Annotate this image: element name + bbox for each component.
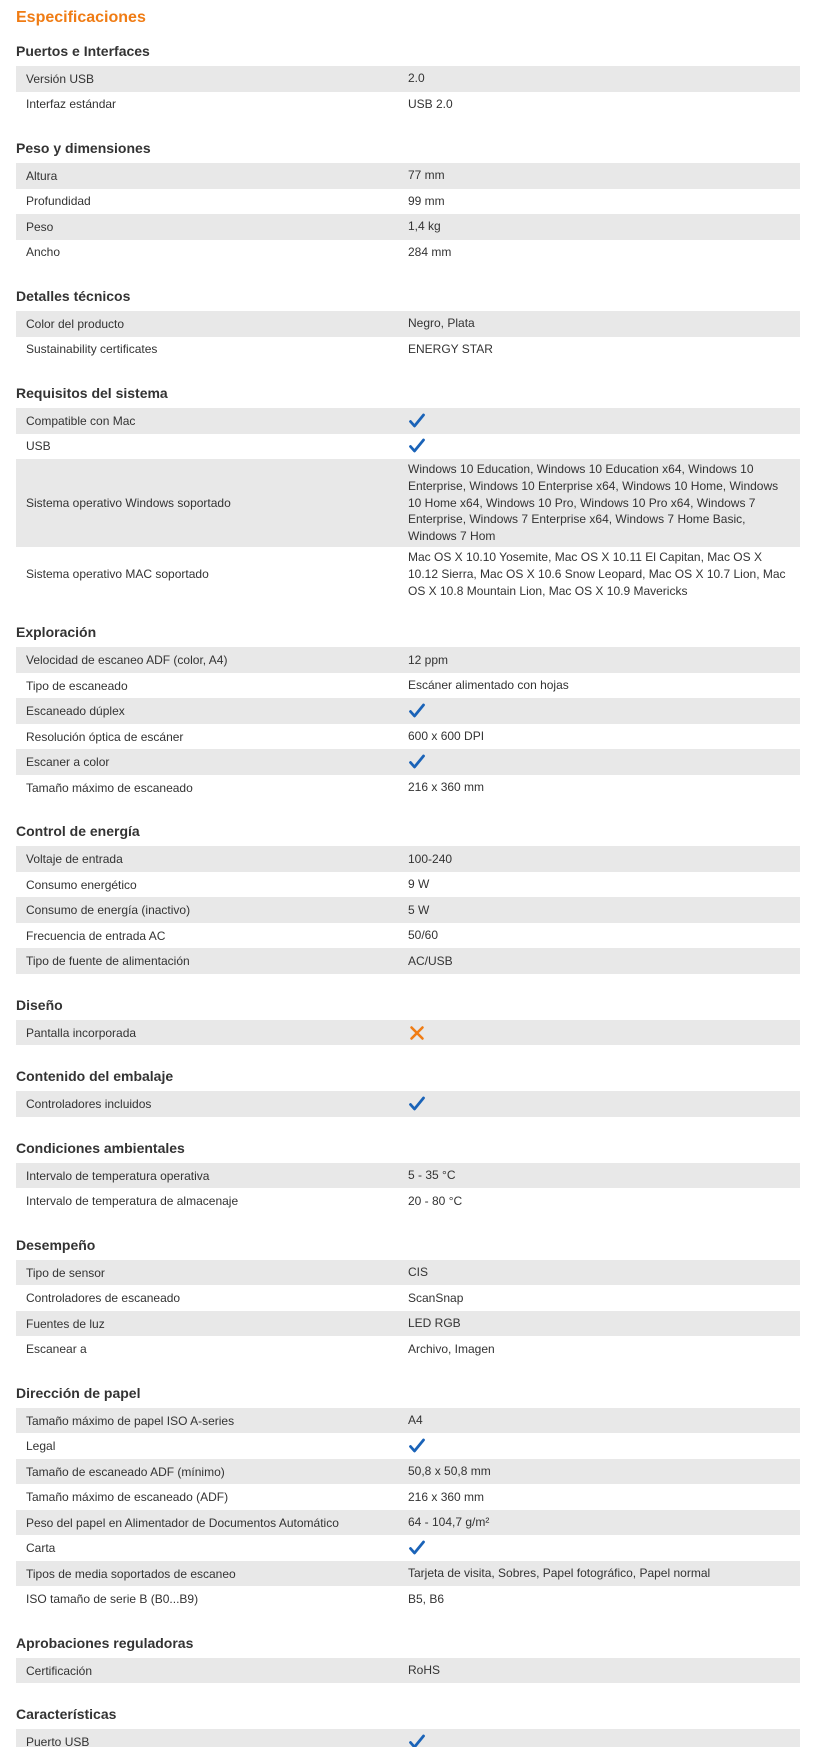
spec-value: 5 W [398,900,800,921]
spec-label: Consumo de energía (inactivo) [16,903,398,917]
spec-label: Sistema operativo Windows soportado [16,496,398,510]
spec-value: LED RGB [398,1313,800,1334]
spec-value: ScanSnap [398,1288,800,1309]
spec-label: Profundidad [16,194,398,208]
spec-value: Tarjeta de visita, Sobres, Papel fotográ… [398,1563,800,1584]
spec-label: Intervalo de temperatura de almacenaje [16,1194,398,1208]
spec-value-icon [398,1435,800,1457]
spec-value-icon [398,1093,800,1115]
spec-value: 9 W [398,874,800,895]
section-heading: Condiciones ambientales [16,1117,800,1163]
spec-label: Fuentes de luz [16,1317,398,1331]
spec-section-puertos-e-interfaces: Puertos e Interfaces Versión USB 2.0 Int… [16,28,800,117]
spec-sections: Puertos e Interfaces Versión USB 2.0 Int… [16,28,800,1747]
spec-label: Carta [16,1541,398,1555]
spec-label: Tamaño máximo de escaneado (ADF) [16,1490,398,1504]
spec-value: 2.0 [398,68,800,89]
spec-label: Ancho [16,245,398,259]
spec-section-diseno: Diseño Pantalla incorporada [16,974,800,1046]
spec-row: Resolución óptica de escáner 600 x 600 D… [16,724,800,750]
spec-value: 216 x 360 mm [398,777,800,798]
spec-label: Peso del papel en Alimentador de Documen… [16,1516,398,1530]
spec-section-detalles-tecnicos: Detalles técnicos Color del producto Neg… [16,265,800,362]
spec-value: Negro, Plata [398,313,800,334]
spec-label: Tipo de fuente de alimentación [16,954,398,968]
spec-value: A4 [398,1410,800,1431]
spec-row: Escanear a Archivo, Imagen [16,1336,800,1362]
spec-label: Velocidad de escaneo ADF (color, A4) [16,653,398,667]
section-heading: Puertos e Interfaces [16,28,800,66]
spec-row: Controladores de escaneado ScanSnap [16,1285,800,1311]
spec-value: RoHS [398,1660,800,1681]
section-heading: Peso y dimensiones [16,117,800,163]
check-icon [408,1437,426,1455]
section-heading: Dirección de papel [16,1362,800,1408]
section-heading: Requisitos del sistema [16,362,800,408]
spec-label: Escanear a [16,1342,398,1356]
spec-label: Tamaño de escaneado ADF (mínimo) [16,1465,398,1479]
spec-label: Puerto USB [16,1735,398,1747]
spec-table: Color del producto Negro, Plata Sustaina… [16,311,800,362]
spec-label: Controladores de escaneado [16,1291,398,1305]
cross-icon [408,1024,426,1042]
spec-value: 100-240 [398,849,800,870]
spec-table: Altura 77 mm Profundidad 99 mm Peso 1,4 … [16,163,800,265]
check-icon [408,1095,426,1113]
spec-row: Tamaño máximo de papel ISO A-series A4 [16,1408,800,1434]
spec-section-contenido-del-embalaje: Contenido del embalaje Controladores inc… [16,1045,800,1117]
check-icon [408,412,426,430]
spec-row: Versión USB 2.0 [16,66,800,92]
section-heading: Diseño [16,974,800,1020]
spec-label: Frecuencia de entrada AC [16,929,398,943]
spec-section-exploracion: Exploración Velocidad de escaneo ADF (co… [16,601,800,800]
spec-row: Tipos de media soportados de escaneo Tar… [16,1561,800,1587]
spec-label: Color del producto [16,317,398,331]
check-icon [408,702,426,720]
spec-row: Intervalo de temperatura operativa 5 - 3… [16,1163,800,1189]
spec-row: Frecuencia de entrada AC 50/60 [16,923,800,949]
spec-row: Voltaje de entrada 100-240 [16,846,800,872]
spec-value: Escáner alimentado con hojas [398,675,800,696]
spec-label: Legal [16,1439,398,1453]
spec-value-icon [398,700,800,722]
spec-value: Mac OS X 10.10 Yosemite, Mac OS X 10.11 … [398,547,800,601]
spec-value: 284 mm [398,242,800,263]
spec-value: 20 - 80 °C [398,1191,800,1212]
spec-value: 50,8 x 50,8 mm [398,1461,800,1482]
spec-table: Velocidad de escaneo ADF (color, A4) 12 … [16,647,800,800]
spec-label: Compatible con Mac [16,414,398,428]
spec-value: B5, B6 [398,1589,800,1610]
spec-row: Sistema operativo Windows soportado Wind… [16,459,800,547]
spec-label: Escaner a color [16,755,398,769]
spec-label: Tipos de media soportados de escaneo [16,1567,398,1581]
spec-row: Peso 1,4 kg [16,214,800,240]
spec-table: Puerto USB [16,1729,800,1747]
spec-label: Tipo de sensor [16,1266,398,1280]
spec-value-icon [398,435,800,457]
spec-section-requisitos-del-sistema: Requisitos del sistema Compatible con Ma… [16,362,800,601]
spec-value: 216 x 360 mm [398,1487,800,1508]
spec-label: Escaneado dúplex [16,704,398,718]
spec-row: USB [16,434,800,460]
spec-row: ISO tamaño de serie B (B0...B9) B5, B6 [16,1586,800,1612]
spec-label: Voltaje de entrada [16,852,398,866]
section-heading: Detalles técnicos [16,265,800,311]
section-heading: Aprobaciones reguladoras [16,1612,800,1658]
spec-label: Peso [16,220,398,234]
check-icon [408,1733,426,1747]
spec-label: Resolución óptica de escáner [16,730,398,744]
spec-label: Pantalla incorporada [16,1026,398,1040]
spec-row: Intervalo de temperatura de almacenaje 2… [16,1188,800,1214]
spec-label: Versión USB [16,72,398,86]
spec-row: Velocidad de escaneo ADF (color, A4) 12 … [16,647,800,673]
spec-section-direccion-de-papel: Dirección de papel Tamaño máximo de pape… [16,1362,800,1612]
spec-row: Consumo de energía (inactivo) 5 W [16,897,800,923]
spec-value: 77 mm [398,165,800,186]
spec-row: Tamaño máximo de escaneado (ADF) 216 x 3… [16,1484,800,1510]
spec-value: Windows 10 Education, Windows 10 Educati… [398,459,800,547]
spec-label: Tamaño máximo de papel ISO A-series [16,1414,398,1428]
spec-label: Sustainability certificates [16,342,398,356]
spec-value: 64 - 104,7 g/m² [398,1512,800,1533]
spec-value: 50/60 [398,925,800,946]
spec-value: 99 mm [398,191,800,212]
section-heading: Control de energía [16,800,800,846]
spec-row: Escaneado dúplex [16,698,800,724]
spec-row: Consumo energético 9 W [16,872,800,898]
spec-label: Certificación [16,1664,398,1678]
spec-label: USB [16,439,398,453]
spec-section-caracteristicas: Características Puerto USB [16,1683,800,1747]
spec-section-aprobaciones-reguladoras: Aprobaciones reguladoras Certificación R… [16,1612,800,1684]
spec-value: USB 2.0 [398,94,800,115]
spec-label: Intervalo de temperatura operativa [16,1169,398,1183]
spec-label: Altura [16,169,398,183]
spec-table: Pantalla incorporada [16,1020,800,1046]
spec-table: Intervalo de temperatura operativa 5 - 3… [16,1163,800,1214]
check-icon [408,753,426,771]
spec-row: Tipo de fuente de alimentación AC/USB [16,948,800,974]
spec-table: Tipo de sensor CIS Controladores de esca… [16,1260,800,1362]
page-title: Especificaciones [16,0,800,28]
spec-row: Fuentes de luz LED RGB [16,1311,800,1337]
check-icon [408,1539,426,1557]
spec-row: Legal [16,1433,800,1459]
spec-label: Tamaño máximo de escaneado [16,781,398,795]
spec-section-peso-y-dimensiones: Peso y dimensiones Altura 77 mm Profundi… [16,117,800,265]
spec-row: Tamaño máximo de escaneado 216 x 360 mm [16,775,800,801]
spec-label: Controladores incluidos [16,1097,398,1111]
spec-value: ENERGY STAR [398,339,800,360]
spec-value: CIS [398,1262,800,1283]
section-heading: Exploración [16,601,800,647]
spec-row: Controladores incluidos [16,1091,800,1117]
spec-table: Tamaño máximo de papel ISO A-series A4 L… [16,1408,800,1612]
spec-row: Ancho 284 mm [16,240,800,266]
spec-label: Tipo de escaneado [16,679,398,693]
spec-label: Sistema operativo MAC soportado [16,567,398,581]
spec-table: Compatible con Mac USB Sistema operativo… [16,408,800,601]
spec-value-icon [398,1731,800,1747]
spec-value-icon [398,751,800,773]
spec-value-icon [398,1537,800,1559]
check-icon [408,437,426,455]
spec-label: ISO tamaño de serie B (B0...B9) [16,1592,398,1606]
spec-row: Carta [16,1535,800,1561]
spec-value: 12 ppm [398,650,800,671]
spec-row: Tipo de escaneado Escáner alimentado con… [16,673,800,699]
spec-row: Puerto USB [16,1729,800,1747]
spec-row: Pantalla incorporada [16,1020,800,1046]
spec-row: Profundidad 99 mm [16,189,800,215]
spec-table: Versión USB 2.0 Interfaz estándar USB 2.… [16,66,800,117]
section-heading: Características [16,1683,800,1729]
spec-row: Color del producto Negro, Plata [16,311,800,337]
spec-section-condiciones-ambientales: Condiciones ambientales Intervalo de tem… [16,1117,800,1214]
spec-table: Controladores incluidos [16,1091,800,1117]
spec-row: Compatible con Mac [16,408,800,434]
spec-table: Certificación RoHS [16,1658,800,1684]
spec-label: Interfaz estándar [16,97,398,111]
spec-row: Sustainability certificates ENERGY STAR [16,337,800,363]
section-heading: Contenido del embalaje [16,1045,800,1091]
spec-section-control-de-energia: Control de energía Voltaje de entrada 10… [16,800,800,974]
spec-value: Archivo, Imagen [398,1339,800,1360]
spec-row: Interfaz estándar USB 2.0 [16,92,800,118]
spec-label: Consumo energético [16,878,398,892]
spec-row: Tipo de sensor CIS [16,1260,800,1286]
spec-value-icon [398,1022,800,1044]
section-heading: Desempeño [16,1214,800,1260]
spec-value: 600 x 600 DPI [398,726,800,747]
spec-row: Sistema operativo MAC soportado Mac OS X… [16,547,800,601]
spec-section-desempeno: Desempeño Tipo de sensor CIS Controlador… [16,1214,800,1362]
spec-value: 5 - 35 °C [398,1165,800,1186]
spec-value: 1,4 kg [398,216,800,237]
spec-table: Voltaje de entrada 100-240 Consumo energ… [16,846,800,974]
spec-row: Tamaño de escaneado ADF (mínimo) 50,8 x … [16,1459,800,1485]
spec-row: Peso del papel en Alimentador de Documen… [16,1510,800,1536]
spec-row: Certificación RoHS [16,1658,800,1684]
spec-value: AC/USB [398,951,800,972]
spec-value-icon [398,410,800,432]
spec-row: Altura 77 mm [16,163,800,189]
spec-row: Escaner a color [16,749,800,775]
specifications-page: Especificaciones Puertos e Interfaces Ve… [0,0,820,1747]
